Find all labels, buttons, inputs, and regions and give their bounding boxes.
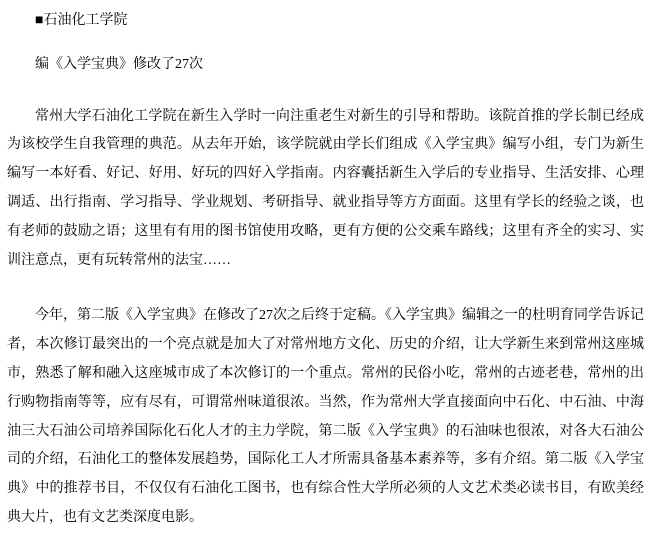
document-page: ■石油化工学院 编《入学宝典》修改了27次 常州大学石油化工学院在新生入学时一向… — [0, 0, 651, 543]
paragraph-2: 今年，第二版《入学宝典》在修改了27次之后终于定稿。《入学宝典》编辑之一的杜明育… — [7, 302, 644, 532]
article-headline: 编《入学宝典》修改了27次 — [7, 51, 644, 80]
paragraph-1: 常州大学石油化工学院在新生入学时一向注重老生对新生的引导和帮助。该院首推的学长制… — [7, 103, 644, 276]
section-title: ■石油化工学院 — [7, 7, 644, 36]
section-title-text: 石油化工学院 — [43, 13, 127, 28]
